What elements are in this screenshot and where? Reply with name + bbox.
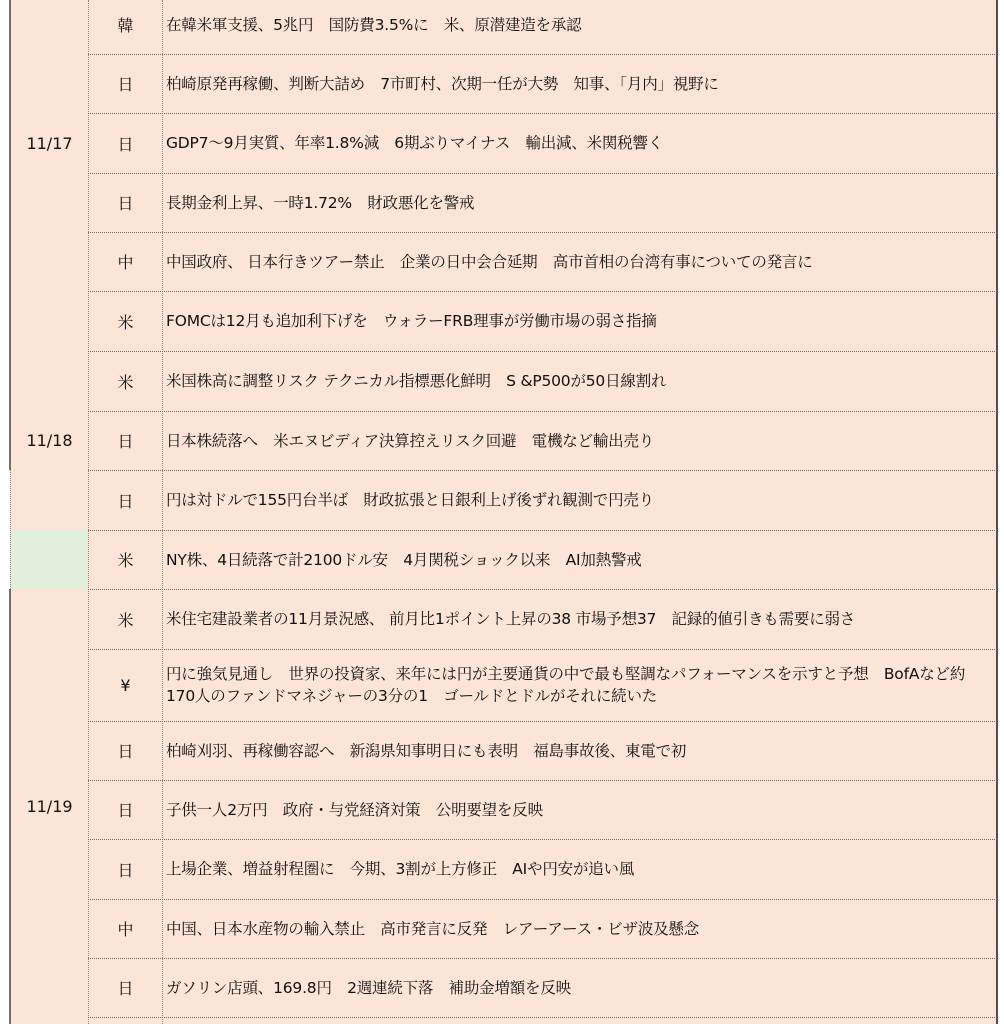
headline-text: 米国株高に調整リスク テクニカル指標悪化鮮明 S &P500が50日線割れ	[166, 370, 666, 392]
country-label: 日	[117, 798, 133, 821]
date-cell[interactable]: 11/18	[11, 291, 88, 589]
country-cell[interactable]: 日	[89, 958, 162, 1017]
table-right-border	[996, 0, 998, 1024]
country-cell[interactable]: 米	[89, 351, 162, 411]
headline-text: 中国政府、 日本行きツアー禁止 企業の日中会合延期 高市首相の台湾有事についての…	[166, 251, 813, 273]
headline-text: 在韓米軍支援、5兆円 国防費3.5%に 米、原潜建造を承認	[166, 14, 581, 36]
headline-text: 柏崎刈羽、再稼働容認へ 新潟県知事明日にも表明 福島事故後、東電で初	[166, 740, 686, 762]
country-label: 日	[117, 739, 133, 762]
headline-cell[interactable]: 長期金利上昇、一時1.72% 財政悪化を警戒	[166, 173, 992, 232]
headline-cell[interactable]: 米住宅建設業者の11月景況感、 前月比1ポイント上昇の38 市場予想37 記録的…	[166, 589, 992, 649]
headline-text: 日本株続落へ 米エヌビディア決算控えリスク回避 電機など輸出売り	[166, 430, 654, 452]
country-label: 日	[117, 489, 133, 512]
headline-cell[interactable]: 円に強気見通し 世界の投資家、来年には円が主要通貨の中で最も堅調なパフォーマンス…	[166, 649, 992, 721]
headline-cell[interactable]: FOMCは12月も追加利下げを ウォラーFRB理事が労働市場の弱さ指摘	[166, 291, 992, 351]
headline-text: ガソリン店頭、169.8円 2週連続下落 補助金増額を反映	[166, 977, 571, 999]
country-cell[interactable]: 韓	[89, 0, 162, 54]
country-cell[interactable]: 中	[89, 899, 162, 958]
country-label: 中	[117, 250, 133, 273]
country-label: 日	[117, 429, 133, 452]
country-label: ¥	[120, 676, 130, 695]
headline-text: 円は対ドルで155円台半ば 財政拡張と日銀利上げ後ずれ観測で円売り	[166, 489, 654, 511]
headline-cell[interactable]: 円は対ドルで155円台半ば 財政拡張と日銀利上げ後ずれ観測で円売り	[166, 470, 992, 530]
country-cell[interactable]: 日	[89, 173, 162, 232]
country-cell[interactable]: 日	[89, 470, 162, 530]
country-cell[interactable]: 米	[89, 291, 162, 351]
country-label: 米	[117, 548, 133, 571]
country-cell[interactable]: 日	[89, 411, 162, 470]
country-label: 米	[117, 608, 133, 631]
date-cell[interactable]: 11/17	[11, 0, 88, 291]
headline-text: 中国、日本水産物の輸入禁止 高市発言に反発 レアーアース・ビザ波及懸念	[166, 918, 699, 940]
country-label: 日	[117, 72, 133, 95]
country-cell[interactable]: 米	[89, 589, 162, 649]
date-label: 11/18	[26, 431, 72, 450]
headline-cell[interactable]: ガソリン店頭、169.8円 2週連続下落 補助金増額を反映	[166, 958, 992, 1017]
column-divider-country	[162, 0, 163, 1024]
headline-text: 柏崎原発再稼働、判断大詰め 7市町村、次期一任が大勢 知事、「月内」視野に	[166, 73, 719, 95]
country-cell[interactable]: 日	[89, 721, 162, 780]
date-label: 11/19	[26, 797, 72, 816]
headline-cell[interactable]: 米国株高に調整リスク テクニカル指標悪化鮮明 S &P500が50日線割れ	[166, 351, 992, 411]
headline-cell[interactable]: 柏崎原発再稼働、判断大詰め 7市町村、次期一任が大勢 知事、「月内」視野に	[166, 54, 992, 113]
headline-text: FOMCは12月も追加利下げを ウォラーFRB理事が労働市場の弱さ指摘	[166, 310, 657, 332]
country-label: 日	[117, 976, 133, 999]
headline-text: 上場企業、増益射程圏に 今期、3割が上方修正 AIや円安が追い風	[166, 858, 634, 880]
row-divider	[88, 1017, 997, 1018]
country-cell[interactable]: 米	[89, 530, 162, 589]
date-cell[interactable]: 11/19	[11, 589, 88, 1024]
headline-text: 長期金利上昇、一時1.72% 財政悪化を警戒	[166, 192, 474, 214]
headline-text: 円に強気見通し 世界の投資家、来年には円が主要通貨の中で最も堅調なパフォーマンス…	[166, 663, 992, 707]
country-label: 日	[117, 132, 133, 155]
country-label: 中	[117, 917, 133, 940]
country-cell[interactable]: ¥	[89, 649, 162, 721]
country-cell[interactable]: 中	[89, 232, 162, 291]
headline-cell[interactable]: 日本株続落へ 米エヌビディア決算控えリスク回避 電機など輸出売り	[166, 411, 992, 470]
country-cell[interactable]: 日	[89, 113, 162, 173]
country-label: 韓	[117, 13, 133, 36]
country-cell[interactable]: 日	[89, 839, 162, 899]
headline-cell[interactable]: 中国、日本水産物の輸入禁止 高市発言に反発 レアーアース・ビザ波及懸念	[166, 899, 992, 958]
headline-cell[interactable]: NY株、4日続落で計2100ドル安 4月関税ショック以来 AI加熱警戒	[166, 530, 992, 589]
headline-cell[interactable]: 子供一人2万円 政府・与党経済対策 公明要望を反映	[166, 780, 992, 839]
date-label: 11/17	[26, 134, 72, 153]
country-label: 日	[117, 858, 133, 881]
headline-cell[interactable]: 上場企業、増益射程圏に 今期、3割が上方修正 AIや円安が追い風	[166, 839, 992, 899]
country-label: 日	[117, 191, 133, 214]
headline-text: 米住宅建設業者の11月景況感、 前月比1ポイント上昇の38 市場予想37 記録的…	[166, 608, 855, 630]
country-cell[interactable]: 日	[89, 54, 162, 113]
headline-text: 子供一人2万円 政府・与党経済対策 公明要望を反映	[166, 799, 543, 821]
headline-cell[interactable]: 在韓米軍支援、5兆円 国防費3.5%に 米、原潜建造を承認	[166, 0, 992, 54]
country-label: 米	[117, 310, 133, 333]
country-cell[interactable]: 日	[89, 780, 162, 839]
headline-cell[interactable]: 中国政府、 日本行きツアー禁止 企業の日中会合延期 高市首相の台湾有事についての…	[166, 232, 992, 291]
headline-cell[interactable]: GDP7～9月実質、年率1.8%減 6期ぶりマイナス 輸出減、米関税響く	[166, 113, 992, 173]
headline-text: GDP7～9月実質、年率1.8%減 6期ぶりマイナス 輸出減、米関税響く	[166, 132, 663, 154]
headline-text: NY株、4日続落で計2100ドル安 4月関税ショック以来 AI加熱警戒	[166, 549, 642, 571]
country-label: 米	[117, 370, 133, 393]
headline-cell[interactable]: 柏崎刈羽、再稼働容認へ 新潟県知事明日にも表明 福島事故後、東電で初	[166, 721, 992, 780]
